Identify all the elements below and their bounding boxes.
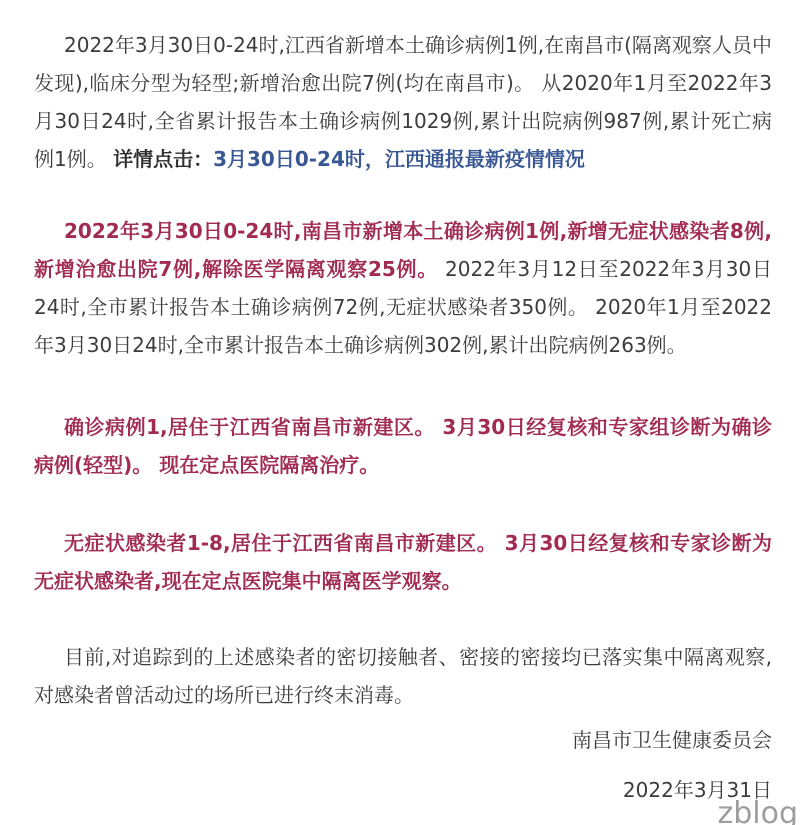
zblog-watermark: zblog: [717, 799, 798, 825]
paragraph-containment-measures: 目前,对追踪到的上述感染者的密切接触者、密接的密接均已落实集中隔离观察,对感染者…: [34, 638, 772, 714]
paragraph-city-summary: 2022年3月30日0-24时,南昌市新增本土确诊病例1例,新增无症状感染者8例…: [34, 212, 772, 364]
epidemic-report-link[interactable]: 3月30日0-24时，江西通报最新疫情情况: [213, 147, 585, 171]
issue-date: 2022年3月31日: [34, 771, 772, 809]
paragraph-asymptomatic-cases: 无症状感染者1-8,居住于江西省南昌市新建区。 3月30日经复核和专家诊断为无症…: [34, 524, 772, 600]
announcement-document: 2022年3月30日0-24时,江西省新增本土确诊病例1例,在南昌市(隔离观察人…: [0, 0, 800, 809]
paragraph-confirmed-case: 确诊病例1,居住于江西省南昌市新建区。 3月30日经复核和专家组诊断为确诊病例(…: [34, 408, 772, 484]
issuer-signature: 南昌市卫生健康委员会: [34, 721, 772, 759]
paragraph-province-summary: 2022年3月30日0-24时,江西省新增本土确诊病例1例,在南昌市(隔离观察人…: [34, 26, 772, 178]
details-cta-label: 详情点击：: [113, 147, 213, 171]
